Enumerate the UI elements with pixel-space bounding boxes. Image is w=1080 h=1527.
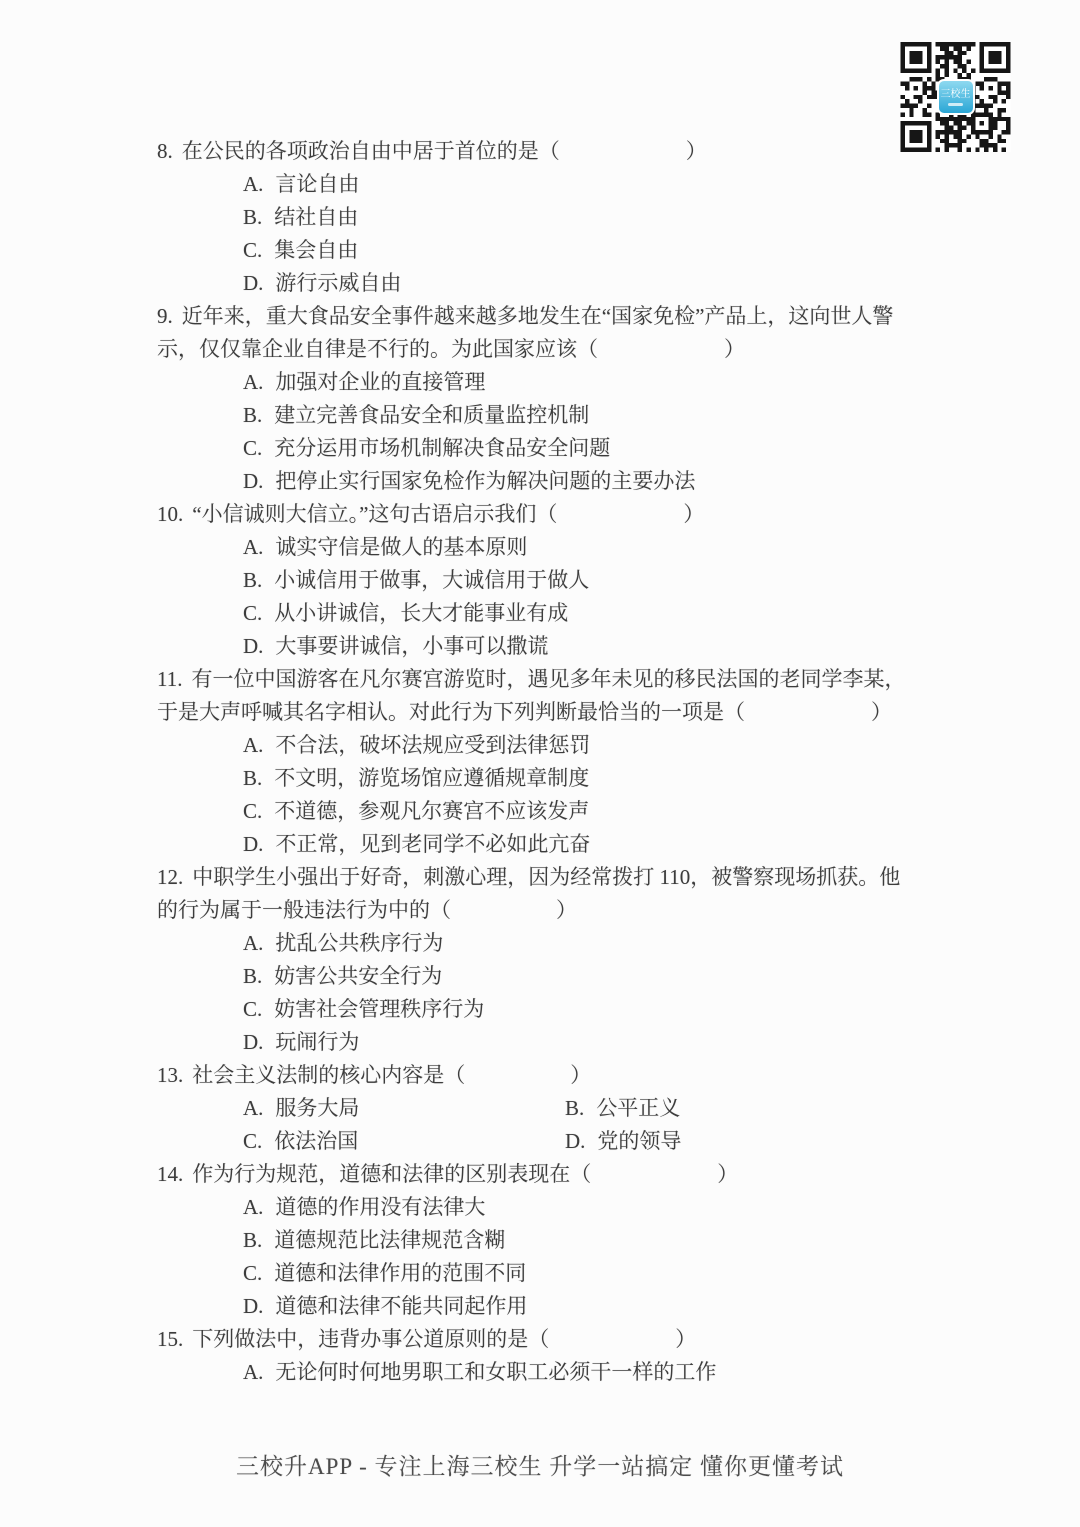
option-row: D.把停止实行国家免检作为解决问题的主要办法 — [243, 465, 909, 498]
option-row: A.道德的作用没有法律大 — [243, 1191, 909, 1224]
option-text: 依法治国 — [274, 1129, 358, 1153]
option-text: 集会自由 — [274, 238, 358, 262]
option-row: A.诚实守信是做人的基本原则 — [243, 531, 909, 564]
option-text: 不合法，破坏法规应受到法律惩罚 — [275, 733, 590, 757]
question-stem: 8.在公民的各项政治自由中居于首位的是（ ） — [157, 135, 909, 168]
option-row: A.不合法，破坏法规应受到法律惩罚 — [243, 729, 909, 762]
option-text: 公平正义 — [596, 1096, 680, 1120]
qr-logo: 三校生 — [937, 79, 975, 115]
option-text: 结社自由 — [274, 205, 358, 229]
option-text: 服务大局 — [275, 1096, 359, 1120]
exam-page: 三校生 8.在公民的各项政治自由中居于首位的是（ ） A.言论自由 B.结社自由… — [0, 0, 1080, 1527]
question-number: 13. — [157, 1063, 183, 1087]
option-label: A. — [243, 1360, 263, 1384]
option-label: C. — [243, 238, 262, 262]
option-list: A.加强对企业的直接管理 B.建立完善食品安全和质量监控机制 C.充分运用市场机… — [157, 366, 909, 498]
option-row: D.游行示威自由 — [243, 267, 909, 300]
option-label: C. — [243, 1129, 262, 1153]
question: 15.下列做法中，违背办事公道原则的是（ ） A.无论何时何地男职工和女职工必须… — [157, 1323, 909, 1389]
option-text: 妨害公共安全行为 — [274, 964, 442, 988]
question: 12.中职学生小强出于好奇，刺激心理，因为经常拨打 110，被警察现场抓获。他的… — [157, 861, 909, 1059]
option-row: D.道德和法律不能共同起作用 — [243, 1290, 909, 1323]
option-row: D.党的领导 — [565, 1125, 909, 1158]
question: 8.在公民的各项政治自由中居于首位的是（ ） A.言论自由 B.结社自由 C.集… — [157, 135, 909, 300]
question-stem: 15.下列做法中，违背办事公道原则的是（ ） — [157, 1323, 909, 1356]
qr-code: 三校生 — [899, 42, 1012, 152]
option-row: C.不道德，参观凡尔赛宫不应该发声 — [243, 795, 909, 828]
question-stem-text: 中职学生小强出于好奇，刺激心理，因为经常拨打 110，被警察现场抓获。他的行为属… — [157, 865, 900, 922]
question-number: 10. — [157, 502, 183, 526]
option-row: D.玩闹行为 — [243, 1026, 909, 1059]
option-row: D.大事要讲诚信，小事可以撒谎 — [243, 630, 909, 663]
question-stem-text: 在公民的各项政治自由中居于首位的是（ ） — [182, 139, 707, 163]
option-row: C.集会自由 — [243, 234, 909, 267]
question-stem-text: 有一位中国游客在凡尔赛宫游览时，遇见多年未见的移民法国的老同学李某，于是大声呼喊… — [157, 667, 905, 724]
option-row: B.结社自由 — [243, 201, 909, 234]
option-list: A.诚实守信是做人的基本原则 B.小诚信用于做事，大诚信用于做人 C.从小讲诚信… — [157, 531, 909, 663]
question-number: 11. — [157, 667, 182, 691]
option-text: 扰乱公共秩序行为 — [275, 931, 443, 955]
option-text: 玩闹行为 — [275, 1030, 359, 1054]
option-label: C. — [243, 997, 262, 1021]
option-row: C.依法治国 — [243, 1125, 565, 1158]
option-label: B. — [243, 964, 262, 988]
option-label: A. — [243, 1195, 263, 1219]
option-list: A.无论何时何地男职工和女职工必须干一样的工作 — [157, 1356, 909, 1389]
question-number: 8. — [157, 139, 173, 163]
qr-logo-subtext-bar — [948, 103, 963, 106]
option-label: D. — [243, 1030, 263, 1054]
option-label: C. — [243, 436, 262, 460]
question: 10.“小信诚则大信立。”这句古语启示我们（ ） A.诚实守信是做人的基本原则 … — [157, 498, 909, 663]
question: 13.社会主义法制的核心内容是（ ） A.服务大局 B.公平正义 C.依法治国 … — [157, 1059, 909, 1158]
option-text: 道德和法律作用的范围不同 — [274, 1261, 526, 1285]
question-list: 8.在公民的各项政治自由中居于首位的是（ ） A.言论自由 B.结社自由 C.集… — [157, 135, 909, 1389]
option-label: D. — [243, 832, 263, 856]
option-text: 道德规范比法律规范含糊 — [274, 1228, 505, 1252]
option-label: C. — [243, 1261, 262, 1285]
option-label: D. — [243, 271, 263, 295]
option-label: A. — [243, 733, 263, 757]
option-text: 把停止实行国家免检作为解决问题的主要办法 — [275, 469, 695, 493]
option-list: A.不合法，破坏法规应受到法律惩罚 B.不文明，游览场馆应遵循规章制度 C.不道… — [157, 729, 909, 861]
option-row: A.扰乱公共秩序行为 — [243, 927, 909, 960]
question-stem: 12.中职学生小强出于好奇，刺激心理，因为经常拨打 110，被警察现场抓获。他的… — [157, 861, 909, 927]
option-list: A.扰乱公共秩序行为 B.妨害公共安全行为 C.妨害社会管理秩序行为 D.玩闹行… — [157, 927, 909, 1059]
question-number: 9. — [157, 304, 173, 328]
option-label: D. — [243, 469, 263, 493]
option-label: D. — [565, 1129, 585, 1153]
question-stem: 9.近年来，重大食品安全事件越来越多地发生在“国家免检”产品上，这向世人警示，仅… — [157, 300, 909, 366]
question-number: 14. — [157, 1162, 183, 1186]
option-text: 道德和法律不能共同起作用 — [275, 1294, 527, 1318]
question: 11.有一位中国游客在凡尔赛宫游览时，遇见多年未见的移民法国的老同学李某，于是大… — [157, 663, 909, 861]
question-stem-text: 作为行为规范，道德和法律的区别表现在（ ） — [192, 1162, 738, 1186]
footer: 三校升APP - 专注上海三校生 升学一站搞定 懂你更懂考试 — [0, 1450, 1080, 1483]
option-text: 言论自由 — [275, 172, 359, 196]
option-text: 妨害社会管理秩序行为 — [274, 997, 484, 1021]
option-row: B.小诚信用于做事，大诚信用于做人 — [243, 564, 909, 597]
option-row: A.加强对企业的直接管理 — [243, 366, 909, 399]
option-row: C.充分运用市场机制解决食品安全问题 — [243, 432, 909, 465]
option-row: A.无论何时何地男职工和女职工必须干一样的工作 — [243, 1356, 909, 1389]
option-text: 诚实守信是做人的基本原则 — [275, 535, 527, 559]
option-label: D. — [243, 634, 263, 658]
option-text: 无论何时何地男职工和女职工必须干一样的工作 — [275, 1360, 716, 1384]
option-label: C. — [243, 601, 262, 625]
option-label: B. — [243, 403, 262, 427]
question-stem: 11.有一位中国游客在凡尔赛宫游览时，遇见多年未见的移民法国的老同学李某，于是大… — [157, 663, 909, 729]
option-text: 大事要讲诚信，小事可以撒谎 — [275, 634, 548, 658]
option-text: 加强对企业的直接管理 — [275, 370, 485, 394]
option-row: A.言论自由 — [243, 168, 909, 201]
option-label: B. — [243, 568, 262, 592]
footer-text: 三校升APP - 专注上海三校生 升学一站搞定 懂你更懂考试 — [236, 1454, 844, 1479]
question: 14.作为行为规范，道德和法律的区别表现在（ ） A.道德的作用没有法律大 B.… — [157, 1158, 909, 1323]
qr-logo-label: 三校生 — [941, 89, 971, 100]
option-row: B.建立完善食品安全和质量监控机制 — [243, 399, 909, 432]
option-row: B.妨害公共安全行为 — [243, 960, 909, 993]
option-list: A.言论自由 B.结社自由 C.集会自由 D.游行示威自由 — [157, 168, 909, 300]
question-stem: 10.“小信诚则大信立。”这句古语启示我们（ ） — [157, 498, 909, 531]
option-label: A. — [243, 172, 263, 196]
option-label: B. — [565, 1096, 584, 1120]
option-row: B.不文明，游览场馆应遵循规章制度 — [243, 762, 909, 795]
question-stem-text: 近年来，重大食品安全事件越来越多地发生在“国家免检”产品上，这向世人警示，仅仅靠… — [157, 304, 893, 361]
option-text: 道德的作用没有法律大 — [275, 1195, 485, 1219]
question-number: 15. — [157, 1327, 183, 1351]
option-label: A. — [243, 370, 263, 394]
option-row: A.服务大局 — [243, 1092, 565, 1125]
option-label: B. — [243, 1228, 262, 1252]
option-row: C.妨害社会管理秩序行为 — [243, 993, 909, 1026]
option-label: B. — [243, 766, 262, 790]
option-row: B.道德规范比法律规范含糊 — [243, 1224, 909, 1257]
question-stem-text: 下列做法中，违背办事公道原则的是（ ） — [192, 1327, 696, 1351]
question-stem-text: 社会主义法制的核心内容是（ ） — [192, 1063, 591, 1087]
option-text: 党的领导 — [597, 1129, 681, 1153]
option-text: 不正常，见到老同学不必如此亢奋 — [275, 832, 590, 856]
question-number: 12. — [157, 865, 183, 889]
question-stem: 14.作为行为规范，道德和法律的区别表现在（ ） — [157, 1158, 909, 1191]
option-row: C.从小讲诚信，长大才能事业有成 — [243, 597, 909, 630]
question-stem-text: “小信诚则大信立。”这句古语启示我们（ ） — [192, 502, 704, 526]
option-row: C.道德和法律作用的范围不同 — [243, 1257, 909, 1290]
option-label: A. — [243, 535, 263, 559]
option-row: B.公平正义 — [565, 1092, 909, 1125]
option-label: D. — [243, 1294, 263, 1318]
option-text: 小诚信用于做事，大诚信用于做人 — [274, 568, 589, 592]
question: 9.近年来，重大食品安全事件越来越多地发生在“国家免检”产品上，这向世人警示，仅… — [157, 300, 909, 498]
option-label: C. — [243, 799, 262, 823]
option-text: 建立完善食品安全和质量监控机制 — [274, 403, 589, 427]
option-text: 不道德，参观凡尔赛宫不应该发声 — [274, 799, 589, 823]
option-list: A.道德的作用没有法律大 B.道德规范比法律规范含糊 C.道德和法律作用的范围不… — [157, 1191, 909, 1323]
option-row: D.不正常，见到老同学不必如此亢奋 — [243, 828, 909, 861]
option-label: B. — [243, 205, 262, 229]
option-label: A. — [243, 1096, 263, 1120]
option-text: 不文明，游览场馆应遵循规章制度 — [274, 766, 589, 790]
option-text: 游行示威自由 — [275, 271, 401, 295]
option-text: 充分运用市场机制解决食品安全问题 — [274, 436, 610, 460]
option-list: A.服务大局 B.公平正义 C.依法治国 D.党的领导 — [157, 1092, 909, 1158]
option-text: 从小讲诚信，长大才能事业有成 — [274, 601, 568, 625]
option-label: A. — [243, 931, 263, 955]
question-stem: 13.社会主义法制的核心内容是（ ） — [157, 1059, 909, 1092]
